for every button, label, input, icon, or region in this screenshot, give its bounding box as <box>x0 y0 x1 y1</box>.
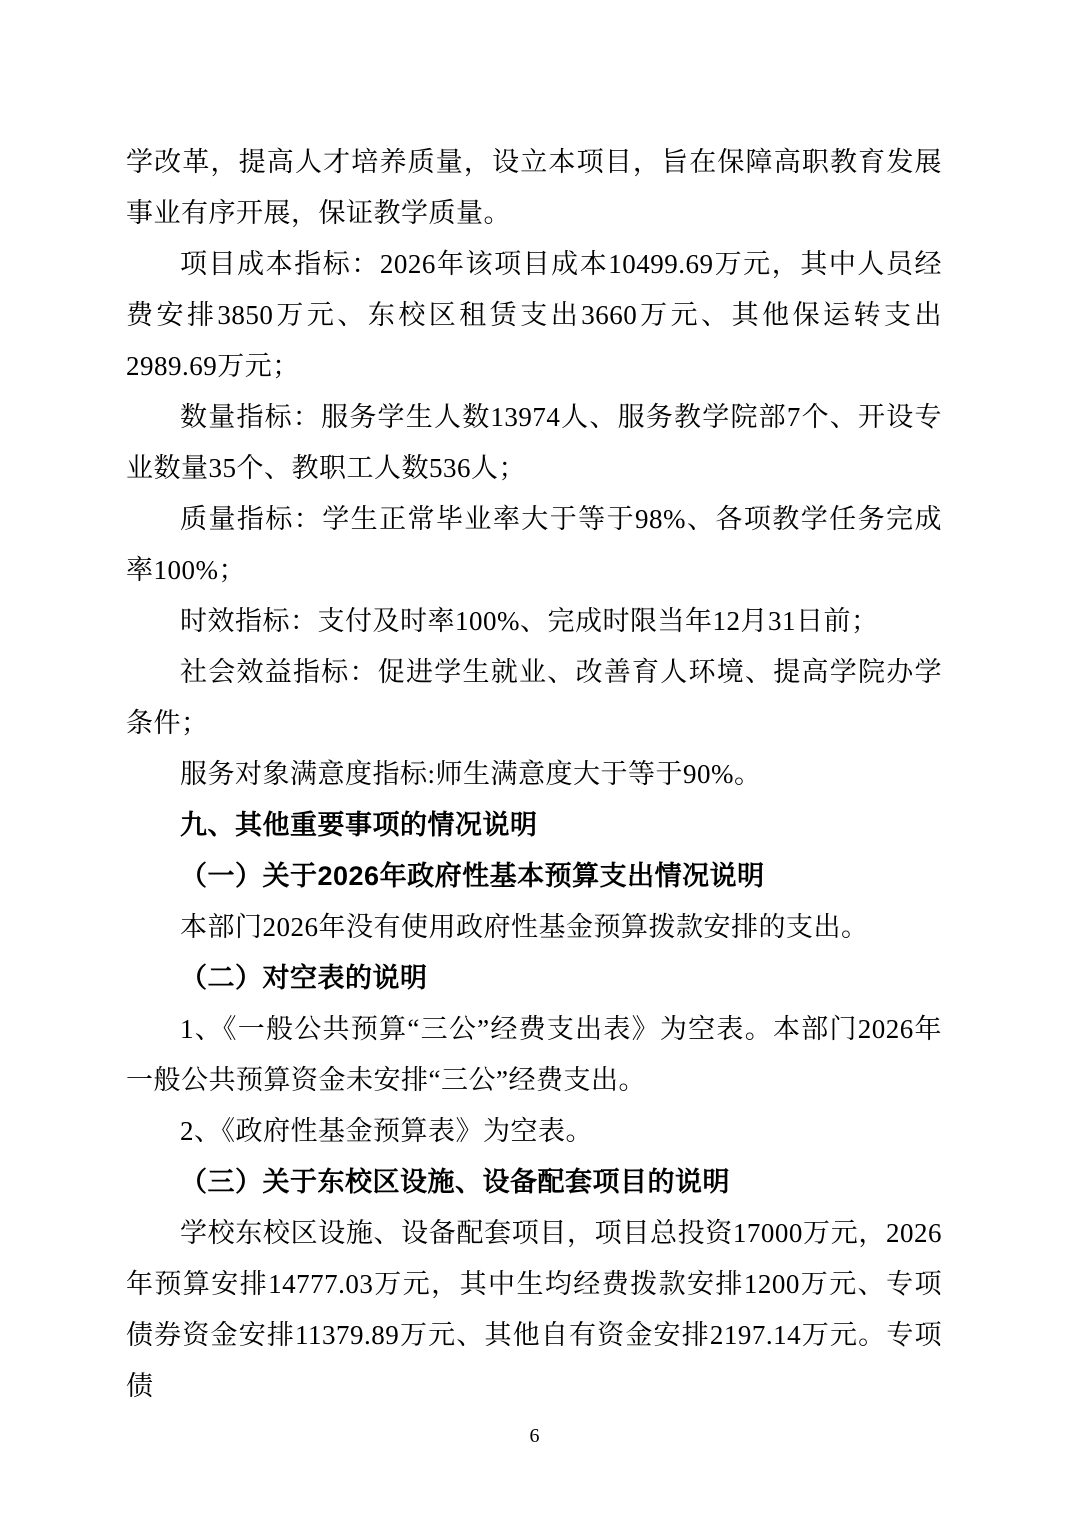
heading-section-nine-other-important-matters: 九、其他重要事项的情况说明 <box>126 800 942 851</box>
paragraph-quantity-indicator: 数量指标：服务学生人数13974人、服务教学院部7个、开设专业数量35个、教职工… <box>126 392 942 494</box>
document-page: 学改革，提高人才培养质量，设立本项目，旨在保障高职教育发展事业有序开展，保证教学… <box>0 0 1069 1514</box>
document-body: 学改革，提高人才培养质量，设立本项目，旨在保障高职教育发展事业有序开展，保证教学… <box>126 137 942 1412</box>
paragraph-empty-table-three-public-funds: 1、《一般公共预算“三公”经费支出表》为空表。本部门2026年一般公共预算资金未… <box>126 1004 942 1106</box>
heading-subsection-two-empty-tables: （二）对空表的说明 <box>126 953 942 1004</box>
heading-subsection-one-gov-basic-budget: （一）关于2026年政府性基本预算支出情况说明 <box>126 851 942 902</box>
paragraph-teaching-quality-continuation: 学改革，提高人才培养质量，设立本项目，旨在保障高职教育发展事业有序开展，保证教学… <box>126 137 942 239</box>
heading-subsection-three-east-campus-project: （三）关于东校区设施、设备配套项目的说明 <box>126 1157 942 1208</box>
paragraph-east-campus-project-details: 学校东校区设施、设备配套项目，项目总投资17000万元，2026年预算安排147… <box>126 1208 942 1412</box>
paragraph-gov-fund-budget-note: 本部门2026年没有使用政府性基金预算拨款安排的支出。 <box>126 902 942 953</box>
paragraph-project-cost-indicator: 项目成本指标：2026年该项目成本10499.69万元，其中人员经费安排3850… <box>126 239 942 392</box>
paragraph-satisfaction-indicator: 服务对象满意度指标:师生满意度大于等于90%。 <box>126 749 942 800</box>
paragraph-timeliness-indicator: 时效指标：支付及时率100%、完成时限当年12月31日前； <box>126 596 942 647</box>
paragraph-quality-indicator: 质量指标：学生正常毕业率大于等于98%、各项教学任务完成率100%； <box>126 494 942 596</box>
paragraph-social-benefit-indicator: 社会效益指标：促进学生就业、改善育人环境、提高学院办学条件； <box>126 647 942 749</box>
page-number: 6 <box>0 1422 1069 1450</box>
paragraph-empty-table-gov-fund: 2、《政府性基金预算表》为空表。 <box>126 1106 942 1157</box>
